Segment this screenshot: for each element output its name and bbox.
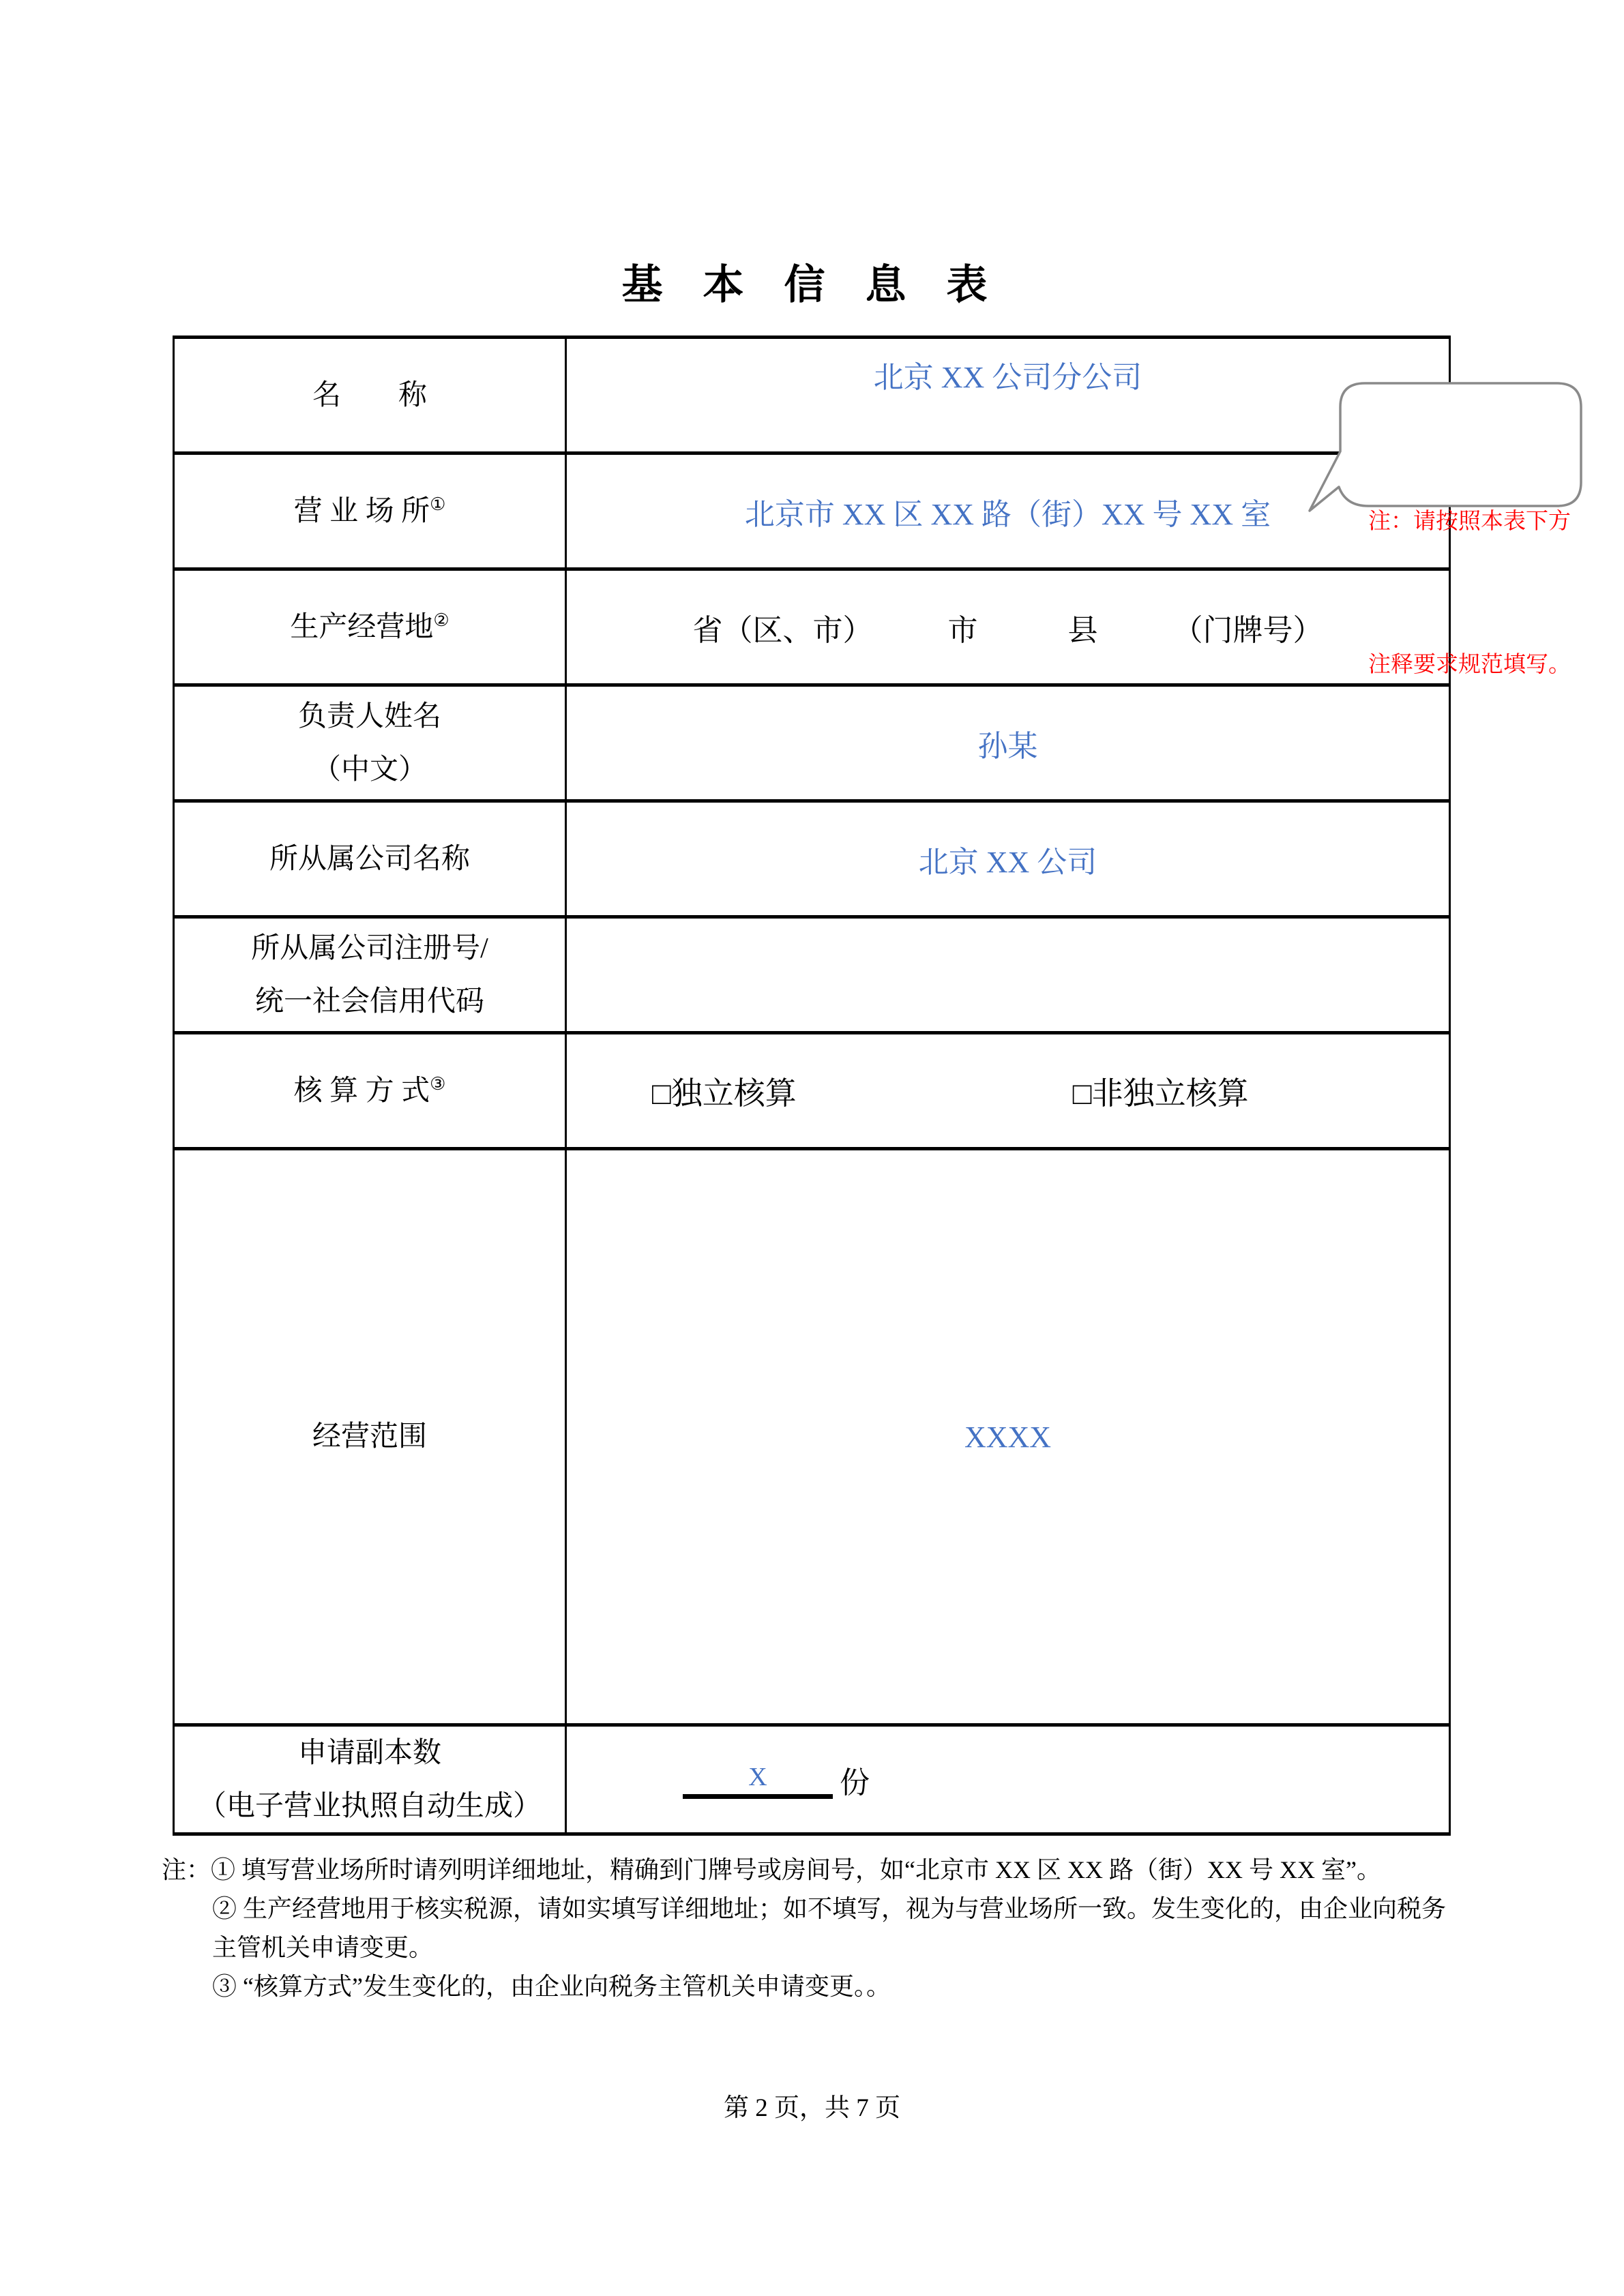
row-value-parent-company: 北京 XX 公司 bbox=[567, 803, 1449, 915]
footnotes: 注：① 填写营业场所时请列明详细地址，精确到门牌号或房间号，如“北京市 XX 区… bbox=[162, 1851, 1478, 2006]
row-value-person-in-charge: 孙某 bbox=[567, 687, 1449, 799]
table-row-business-scope: 经营范围 XXXX bbox=[175, 1150, 1449, 1727]
callout-line-2: 注释要求规范填写。 bbox=[1368, 641, 1577, 689]
table-row-operating-place: 生产经营地② 省（区、市） 市 县 （门牌号） bbox=[175, 571, 1449, 687]
footnote-1-marker: ① bbox=[430, 494, 445, 514]
copies-blank-field[interactable]: X bbox=[683, 1760, 833, 1799]
row-label: 经营范围 bbox=[175, 1150, 567, 1723]
page-title: 基 本 信 息 表 bbox=[0, 252, 1624, 311]
footnote-3-marker: ③ bbox=[430, 1074, 445, 1094]
row-label: 名 称 bbox=[175, 339, 567, 451]
row-value-name: 北京 XX 公司分公司 bbox=[567, 339, 1449, 451]
footnote-3: ③ “核算方式”发生变化的，由企业向税务主管机关申请变更。。 bbox=[162, 1967, 1478, 2006]
row-label: 营 业 场 所① bbox=[175, 455, 567, 567]
form-page: 基 本 信 息 表 名 称 北京 XX 公司分公司 营 业 场 所① 北京市 X… bbox=[0, 0, 1624, 2296]
row-label: 生产经营地② bbox=[175, 571, 567, 683]
table-row-parent-company: 所从属公司名称 北京 XX 公司 bbox=[175, 803, 1449, 919]
footnote-2-continuation: 主管机关申请变更。 bbox=[162, 1928, 1478, 1967]
footnote-1: 注：① 填写营业场所时请列明详细地址，精确到门牌号或房间号，如“北京市 XX 区… bbox=[162, 1851, 1478, 1890]
row-value-accounting-method: □独立核算 □非独立核算 bbox=[567, 1034, 1449, 1147]
callout-line-1: 注：请按照本表下方 bbox=[1368, 498, 1577, 546]
checkbox-non-independent-accounting[interactable]: □非独立核算 bbox=[1073, 1069, 1249, 1114]
page-number: 第 2 页，共 7 页 bbox=[0, 2087, 1624, 2123]
table-row-copies: 申请副本数 （电子营业执照自动生成） X 份 bbox=[175, 1727, 1449, 1832]
table-row-name: 名 称 北京 XX 公司分公司 bbox=[175, 339, 1449, 455]
row-label: 所从属公司名称 bbox=[175, 803, 567, 915]
row-value-premises: 北京市 XX 区 XX 路（街）XX 号 XX 室 bbox=[567, 455, 1449, 567]
row-value-credit-code bbox=[567, 919, 1449, 1031]
row-label: 所从属公司注册号/ 统一社会信用代码 bbox=[175, 919, 567, 1031]
row-value-business-scope: XXXX bbox=[567, 1150, 1449, 1723]
footnote-2: ② 生产经营地用于核实税源，请如实填写详细地址；如不填写，视为与营业场所一致。发… bbox=[162, 1890, 1478, 1928]
table-row-credit-code: 所从属公司注册号/ 统一社会信用代码 bbox=[175, 919, 1449, 1034]
row-label: 负责人姓名 （中文） bbox=[175, 687, 567, 799]
table-row-premises: 营 业 场 所① 北京市 XX 区 XX 路（街）XX 号 XX 室 bbox=[175, 455, 1449, 571]
row-value-operating-place: 省（区、市） 市 县 （门牌号） bbox=[567, 571, 1449, 683]
table-row-accounting-method: 核 算 方 式③ □独立核算 □非独立核算 bbox=[175, 1034, 1449, 1150]
copies-unit-label: 份 bbox=[840, 1758, 870, 1802]
row-value-copies: X 份 bbox=[567, 1727, 1449, 1832]
checkbox-independent-accounting[interactable]: □独立核算 bbox=[652, 1069, 797, 1114]
basic-info-table: 名 称 北京 XX 公司分公司 营 业 场 所① 北京市 XX 区 XX 路（街… bbox=[173, 336, 1451, 1836]
row-label: 申请副本数 （电子营业执照自动生成） bbox=[175, 1727, 567, 1832]
note-callout: 注：请按照本表下方 注释要求规范填写。 bbox=[1368, 402, 1577, 784]
table-row-person-in-charge: 负责人姓名 （中文） 孙某 bbox=[175, 687, 1449, 803]
row-label: 核 算 方 式③ bbox=[175, 1034, 567, 1147]
footnote-2-marker: ② bbox=[433, 610, 449, 630]
